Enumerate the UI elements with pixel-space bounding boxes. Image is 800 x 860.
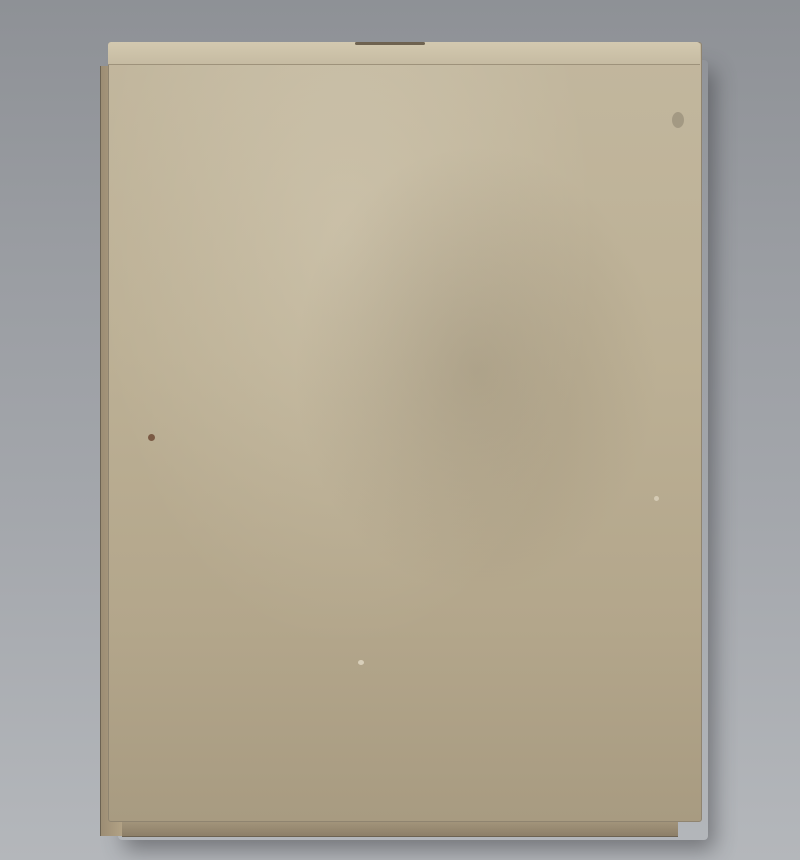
photo-scene	[0, 0, 800, 860]
light-spot	[358, 660, 364, 665]
light-spot	[654, 496, 659, 501]
lid-tear	[355, 42, 425, 45]
cardboard-box-lid	[108, 42, 702, 822]
dark-spot	[148, 434, 155, 441]
lid-top-flap	[108, 42, 700, 65]
corner-smudge	[672, 112, 684, 128]
